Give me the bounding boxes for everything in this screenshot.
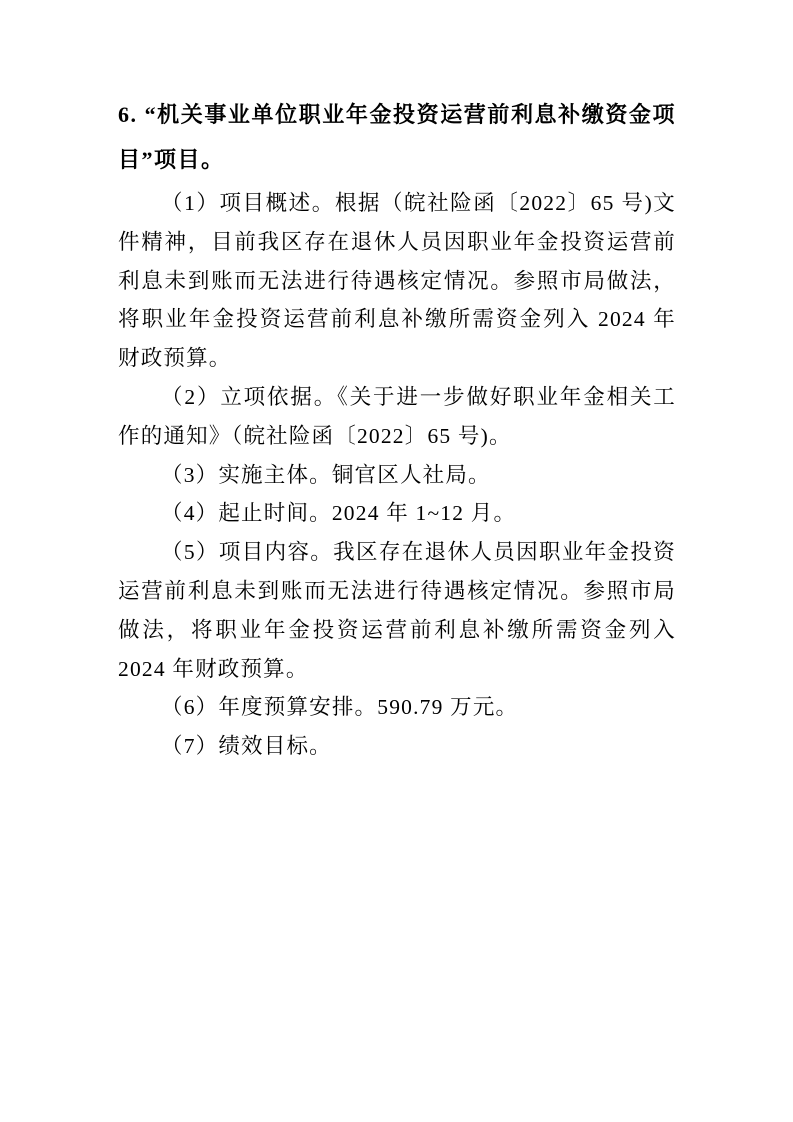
paragraph: （2）立项依据。《关于进一步做好职业年金相关工作的通知》（皖社险函〔2022〕6… bbox=[118, 378, 676, 456]
paragraph: （6）年度预算安排。590.79 万元。 bbox=[118, 688, 676, 727]
paragraph: （7）绩效目标。 bbox=[118, 727, 676, 766]
paragraph: （3）实施主体。铜官区人社局。 bbox=[118, 456, 676, 495]
document-page: 6. “机关事业单位职业年金投资运营前利息补缴资金项目”项目。 （1）项目概述。… bbox=[0, 0, 793, 1122]
paragraph: （4）起止时间。2024 年 1~12 月。 bbox=[118, 494, 676, 533]
paragraph: （5）项目内容。我区存在退休人员因职业年金投资运营前利息未到账而无法进行待遇核定… bbox=[118, 533, 676, 688]
section-heading: 6. “机关事业单位职业年金投资运营前利息补缴资金项目”项目。 bbox=[118, 92, 676, 182]
paragraph: （1）项目概述。根据（皖社险函〔2022〕65 号)文件精神，目前我区存在退休人… bbox=[118, 184, 676, 378]
document-body: （1）项目概述。根据（皖社险函〔2022〕65 号)文件精神，目前我区存在退休人… bbox=[118, 184, 676, 766]
